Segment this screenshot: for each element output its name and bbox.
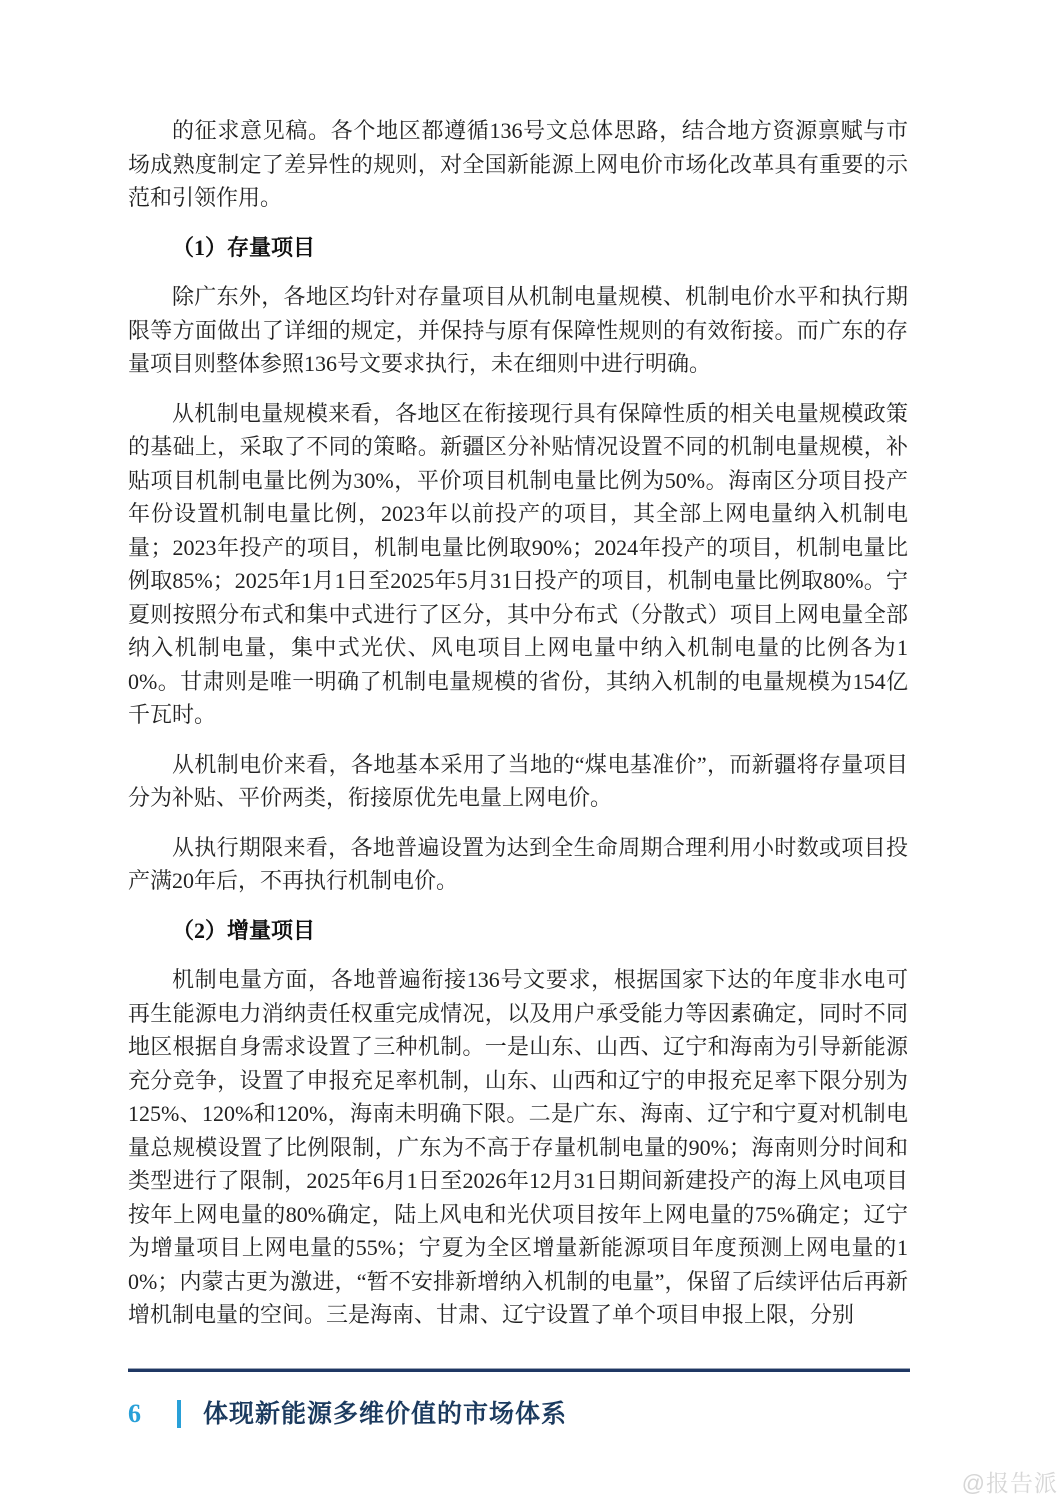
paragraph: 的征求意见稿。各个地区都遵循136号文总体思路，结合地方资源禀赋与市场成熟度制定…	[128, 114, 908, 215]
footer-section-title: 体现新能源多维价值的市场体系	[203, 1400, 567, 1428]
footer-divider	[128, 1368, 910, 1372]
watermark: @报告派	[962, 1465, 1058, 1498]
paragraph: 除广东外，各地区均针对存量项目从机制电量规模、机制电价水平和执行期限等方面做出了…	[128, 280, 908, 381]
footer-row: 6 体现新能源多维价值的市场体系	[128, 1400, 910, 1428]
page-number: 6	[128, 1400, 141, 1428]
paragraph: 从机制电量规模来看，各地区在衔接现行具有保障性质的相关电量规模政策的基础上，采取…	[128, 397, 908, 732]
document-page: 的征求意见稿。各个地区都遵循136号文总体思路，结合地方资源禀赋与市场成熟度制定…	[0, 0, 1061, 1500]
page-footer: 6 体现新能源多维价值的市场体系	[128, 1368, 910, 1428]
section-heading: （1）存量项目	[128, 231, 908, 265]
section-heading: （2）增量项目	[128, 914, 908, 948]
paragraph: 从机制电价来看，各地基本采用了当地的“煤电基准价”，而新疆将存量项目分为补贴、平…	[128, 748, 908, 815]
paragraph: 从执行期限来看，各地普遍设置为达到全生命周期合理利用小时数或项目投产满20年后，…	[128, 831, 908, 898]
document-body: 的征求意见稿。各个地区都遵循136号文总体思路，结合地方资源禀赋与市场成熟度制定…	[128, 114, 908, 1348]
paragraph: 机制电量方面，各地普遍衔接136号文要求，根据国家下达的年度非水电可再生能源电力…	[128, 963, 908, 1332]
footer-separator-bar	[177, 1400, 181, 1428]
